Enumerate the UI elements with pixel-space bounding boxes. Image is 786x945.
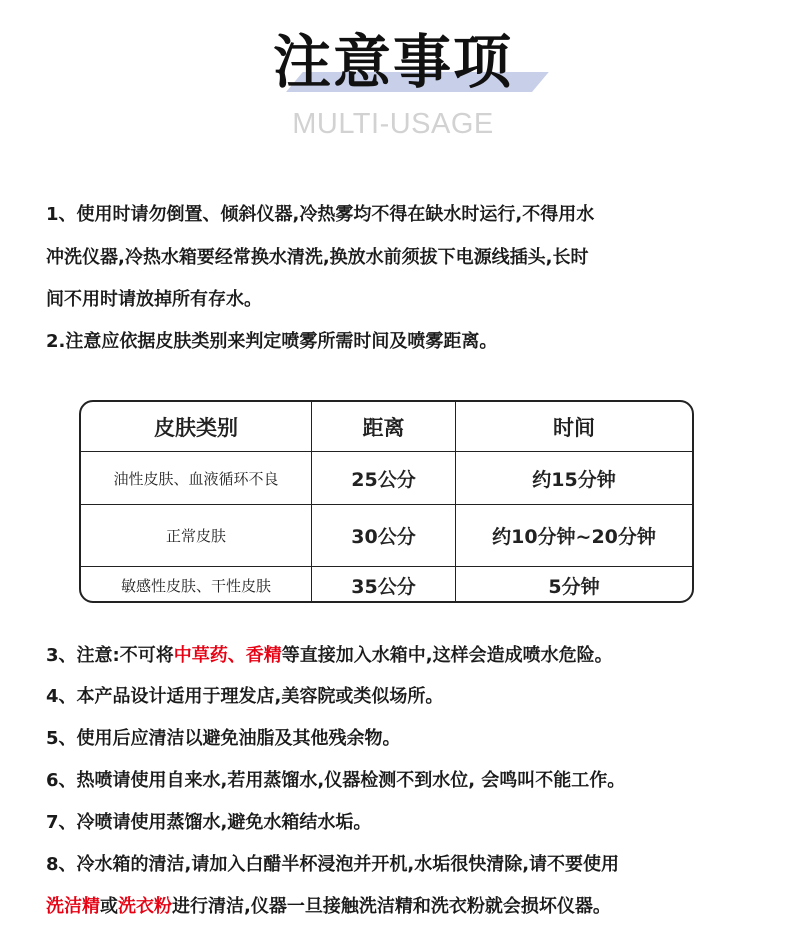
note-2: 2.注意应依据皮肤类别来判定喷雾所需时间及喷雾距离。 [46, 320, 497, 363]
note-1-line-3: 间不用时请放掉所有存水。 [46, 278, 262, 321]
table-row: 油性皮肤、血液循环不良 25公分 约15分钟 [81, 452, 692, 505]
cell-skin-type: 正常皮肤 [81, 505, 312, 566]
table-row: 正常皮肤 30公分 约10分钟~20分钟 [81, 505, 692, 567]
page-title: 注意事项 [0, 26, 786, 98]
note-8-detergent-highlight: 洗洁精 [46, 896, 100, 917]
note-8-line-2: 洗洁精或洗衣粉进行清洁,仪器一旦接触洗洁精和洗衣粉就会损坏仪器。 [46, 885, 611, 928]
cell-time: 5分钟 [456, 567, 692, 603]
table-header-row: 皮肤类别 距离 时间 [81, 402, 692, 452]
cell-time: 约10分钟~20分钟 [456, 505, 692, 566]
cell-distance: 35公分 [312, 567, 456, 603]
note-7: 7、冷喷请使用蒸馏水,避免水箱结水垢。 [46, 801, 371, 844]
note-3: 3、注意:不可将中草药、香精等直接加入水箱中,这样会造成喷水危险。 [46, 634, 613, 677]
title-block: 注意事项 [0, 26, 786, 98]
table-row: 敏感性皮肤、干性皮肤 35公分 5分钟 [81, 567, 692, 603]
note-1-line-2: 冲洗仪器,冷热水箱要经常换水清洗,换放水前须拔下电源线插头,长时 [46, 236, 589, 279]
cell-time: 约15分钟 [456, 452, 692, 504]
header-time: 时间 [456, 402, 692, 451]
note-3-suffix: 等直接加入水箱中,这样会造成喷水危险。 [282, 645, 613, 666]
note-6: 6、热喷请使用自来水,若用蒸馏水,仪器检测不到水位, 会鸣叫不能工作。 [46, 759, 625, 802]
note-1-line-1: 1、使用时请勿倒置、倾斜仪器,冷热雾均不得在缺水时运行,不得用水 [46, 193, 594, 236]
skin-type-table: 皮肤类别 距离 时间 油性皮肤、血液循环不良 25公分 约15分钟 正常皮肤 3… [79, 400, 694, 603]
header-distance: 距离 [312, 402, 456, 451]
note-5: 5、使用后应清洁以避免油脂及其他残余物。 [46, 717, 401, 760]
cell-distance: 25公分 [312, 452, 456, 504]
header-skin-type: 皮肤类别 [81, 402, 312, 451]
note-3-prefix: 3、注意:不可将 [46, 645, 174, 666]
note-8-rest: 进行清洁,仪器一旦接触洗洁精和洗衣粉就会损坏仪器。 [172, 896, 611, 917]
note-8-line-1: 8、冷水箱的清洁,请加入白醋半杯浸泡并开机,水垢很快清除,请不要使用 [46, 843, 619, 886]
note-4: 4、本产品设计适用于理发店,美容院或类似场所。 [46, 675, 443, 718]
page-subtitle: MULTI-USAGE [0, 108, 786, 141]
cell-skin-type: 敏感性皮肤、干性皮肤 [81, 567, 312, 603]
cell-distance: 30公分 [312, 505, 456, 566]
note-3-warning-highlight: 中草药、香精 [174, 645, 282, 666]
cell-skin-type: 油性皮肤、血液循环不良 [81, 452, 312, 504]
note-8-or: 或 [100, 896, 118, 917]
note-8-washing-powder-highlight: 洗衣粉 [118, 896, 172, 917]
